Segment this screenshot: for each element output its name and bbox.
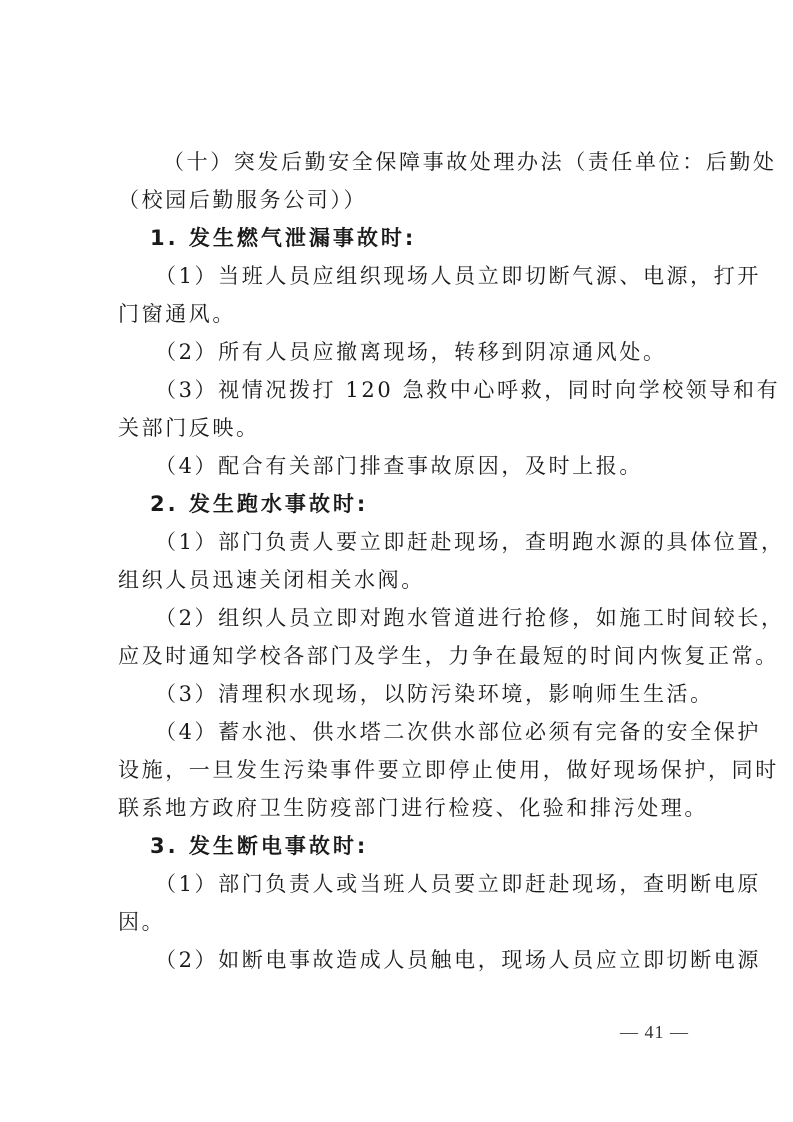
paragraph: 关部门反映。 bbox=[118, 416, 260, 440]
paragraph: 应及时通知学校各部门及学生，力争在最短的时间内恢复正常。 bbox=[118, 644, 779, 668]
paragraph: （2）所有人员应撤离现场，转移到阴凉通风处。 bbox=[155, 340, 667, 364]
paragraph: （2）如断电事故造成人员触电，现场人员应立即切断电源 bbox=[155, 948, 761, 972]
paragraph: 组织人员迅速关闭相关水阀。 bbox=[118, 568, 425, 592]
subsection-heading-water-leak: 2. 发生跑水事故时: bbox=[150, 492, 368, 516]
paragraph: （2）组织人员立即对跑水管道进行抢修，如施工时间较长， bbox=[155, 606, 785, 630]
paragraph: 联系地方政府卫生防疫部门进行检疫、化验和排污处理。 bbox=[118, 796, 708, 820]
paragraph: （3）视情况拨打 120 急救中心呼救，同时向学校领导和有 bbox=[155, 378, 780, 402]
subsection-heading-gas-leak: 1. 发生燃气泄漏事故时: bbox=[150, 226, 416, 250]
section-title-continued: （校园后勤服务公司）） bbox=[118, 188, 367, 212]
paragraph: （3）清理积水现场，以防污染环境，影响师生生活。 bbox=[155, 682, 714, 706]
paragraph: （1）部门负责人要立即赶赴现场，查明跑水源的具体位置， bbox=[155, 530, 785, 554]
section-title: （十）突发后勤安全保障事故处理办法（责任单位：后勤处 bbox=[163, 150, 777, 174]
paragraph: 设施，一旦发生污染事件要立即停止使用，做好现场保护，同时 bbox=[118, 758, 779, 782]
paragraph: （1）部门负责人或当班人员要立即赶赴现场，查明断电原 bbox=[155, 872, 761, 896]
paragraph: 因。 bbox=[118, 910, 165, 934]
document-page: （十）突发后勤安全保障事故处理办法（责任单位：后勤处 （校园后勤服务公司）） 1… bbox=[0, 0, 793, 1122]
subsection-heading-power-outage: 3. 发生断电事故时: bbox=[150, 834, 368, 858]
page-number: — 41 — bbox=[620, 1022, 689, 1043]
paragraph: （4）蓄水池、供水塔二次供水部位必须有完备的安全保护 bbox=[155, 720, 761, 744]
paragraph: （1）当班人员应组织现场人员立即切断气源、电源，打开 bbox=[155, 264, 761, 288]
paragraph: （4）配合有关部门排查事故原因，及时上报。 bbox=[155, 454, 643, 478]
paragraph: 门窗通风。 bbox=[118, 302, 236, 326]
